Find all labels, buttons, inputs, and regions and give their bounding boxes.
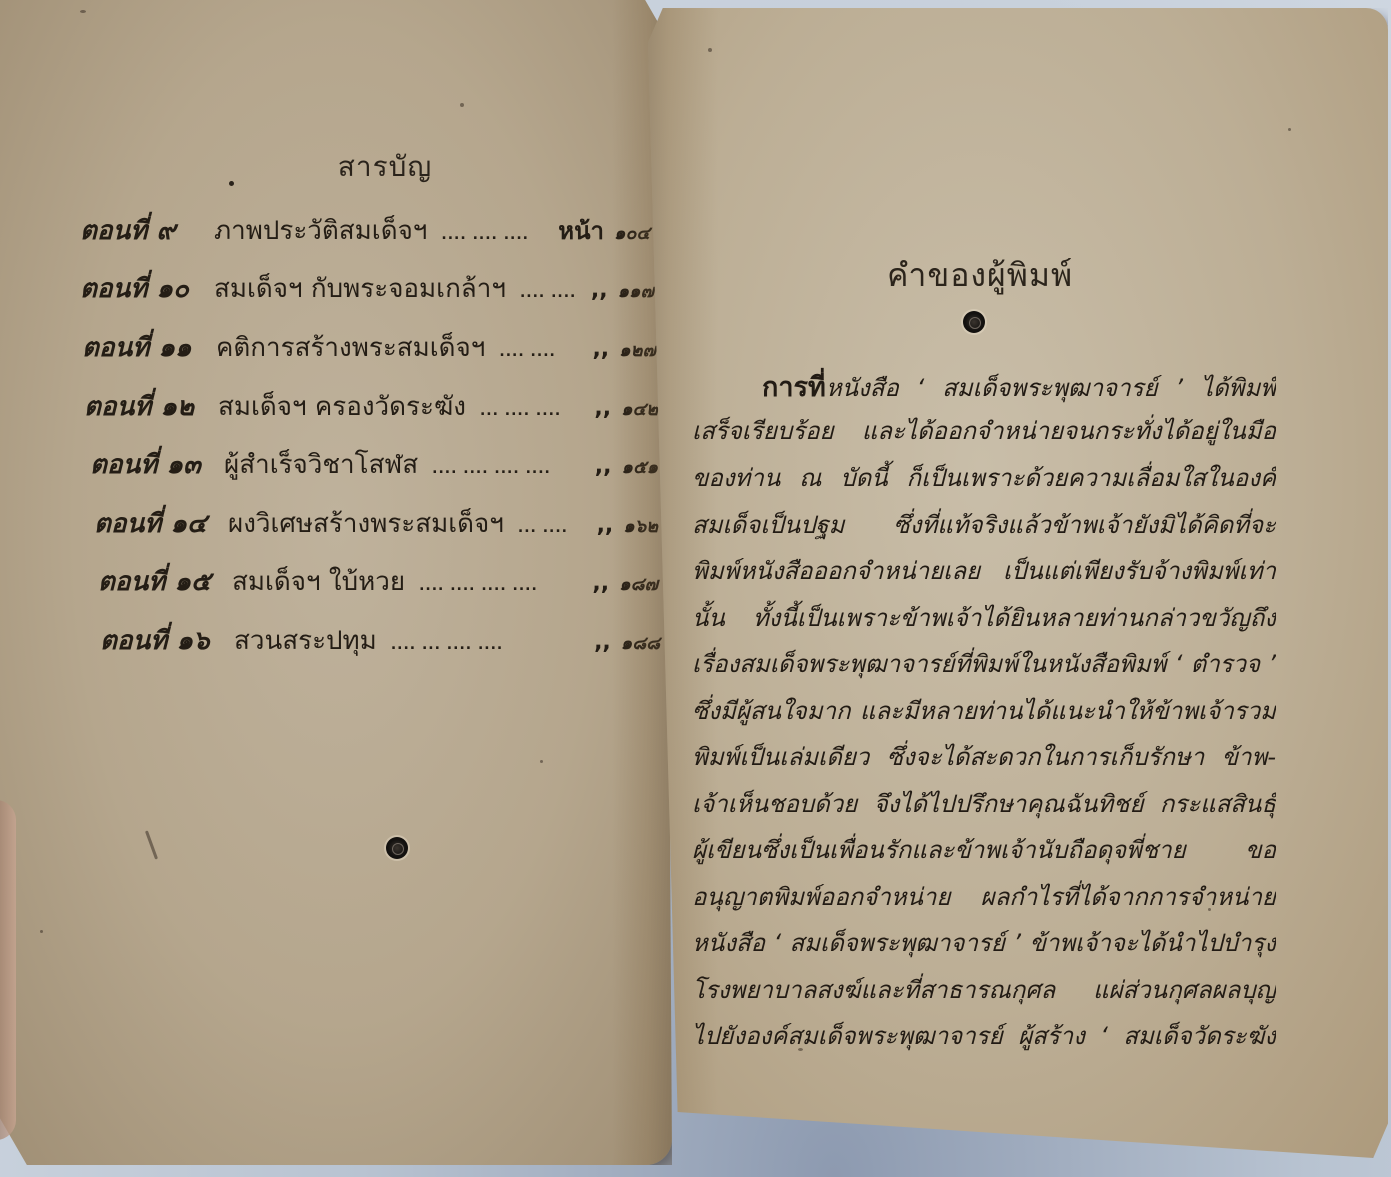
paragraph-line: หนังสือ ‘ สมเด็จพระพุฒาจารย์ ’ ข้าพเจ้าจ…: [692, 923, 1276, 962]
ditto-mark: ,,: [597, 513, 614, 538]
dot-leader: .... ....: [520, 285, 591, 301]
ditto-mark: ,,: [592, 571, 609, 596]
chapter-title: ผงวิเศษสร้างพระสมเด็จฯ: [228, 503, 504, 544]
toc-entry: ตอนที่ ๑๔ ผงวิเศษสร้างพระสมเด็จฯ ... ...…: [94, 503, 658, 544]
dot-leader: ... ....: [518, 520, 597, 536]
dot-leader: .... .... ....: [441, 227, 558, 243]
page-number: ๑๘๘: [621, 628, 660, 657]
ornament-icon: [963, 311, 985, 333]
toc-entry: ตอนที่ ๑๖ สวนสระปทุม .... ... .... .... …: [100, 620, 660, 661]
paragraph-line: ไปยังองค์สมเด็จพระพุฒาจารย์ ผู้สร้าง ‘ ส…: [692, 1016, 1276, 1055]
toc-entry: ตอนที่ ๑๐ สมเด็จฯ กับพระจอมเกล้าฯ .... .…: [80, 268, 654, 309]
chapter-title: สมเด็จฯ ใบ้หวย: [232, 561, 405, 602]
episode-label: ตอนที่ ๑๖: [100, 620, 234, 661]
toc-entry: ตอนที่ ๙ ภาพประวัติสมเด็จฯ .... .... ...…: [80, 210, 650, 251]
page-number: ๑๔๒: [621, 394, 658, 423]
page-number: ๑๘๗: [619, 569, 658, 598]
chapter-title: สมเด็จฯ กับพระจอมเกล้าฯ: [214, 268, 506, 309]
toc-entry: ตอนที่ ๑๕ สมเด็จฯ ใบ้หวย .... .... .... …: [98, 561, 658, 602]
paragraph-line: เรื่องสมเด็จพระพุฒาจารย์ที่พิมพ์ในหนังสื…: [692, 644, 1276, 683]
ditto-mark: ,,: [591, 278, 608, 303]
dot-leader: .... .... .... ....: [419, 578, 592, 594]
episode-label: ตอนที่ ๑๓: [90, 444, 224, 485]
paragraph-line: โรงพยาบาลสงฆ์และที่สาธารณกุศล แผ่ส่วนกุศ…: [692, 970, 1276, 1009]
paragraph-lead-word: การที่: [762, 372, 826, 403]
toc-entry: ตอนที่ ๑๓ ผู้สำเร็จวิชาโสฬส .... .... ..…: [90, 444, 658, 485]
thumb-holding-book: [0, 800, 16, 1140]
paragraph-line: พิมพ์เป็นเล่มเดียว ซึ่งจะได้สะดวกในการเก…: [692, 737, 1276, 776]
toc-entry: ตอนที่ ๑๒ สมเด็จฯ ครองวัดระฆัง ... .... …: [84, 386, 658, 427]
chapter-title: ผู้สำเร็จวิชาโสฬส: [224, 444, 418, 485]
paragraph-line: การที่หนังสือ ‘ สมเด็จพระพุฒาจารย์ ’ ได้…: [762, 365, 1276, 408]
paragraph-line: อนุญาตพิมพ์ออกจำหน่าย ผลกำไรที่ได้จากการ…: [692, 877, 1276, 916]
dot-leader: .... .... .... ....: [432, 461, 595, 477]
paragraph-line: ผู้เขียนซึ่งเป็นเพื่อนรักและข้าพเจ้านับถ…: [692, 830, 1276, 869]
page-number: ๑๐๔: [614, 218, 650, 247]
episode-label: ตอนที่ ๑๕: [98, 561, 232, 602]
ditto-mark: ,,: [592, 337, 609, 362]
chapter-title: สวนสระปทุม: [234, 620, 377, 661]
ditto-mark: ,,: [594, 630, 611, 655]
paragraph-line: นั้น ทั้งนี้เป็นเพราะข้าพเจ้าได้ยินหลายท…: [692, 598, 1276, 637]
decorative-dot: [229, 181, 234, 186]
ornament-icon: [386, 837, 408, 859]
chapter-title: ภาพประวัติสมเด็จฯ: [214, 210, 427, 251]
page-number: ๑๑๗: [618, 276, 654, 305]
episode-label: ตอนที่ ๑๑: [82, 327, 216, 368]
chapter-title: คติการสร้างพระสมเด็จฯ: [216, 327, 485, 368]
paragraph-line: สมเด็จเป็นปฐม ซึ่งที่แท้จริงแล้วข้าพเจ้า…: [692, 505, 1276, 544]
paragraph-line: ของท่าน ณ บัดนี้ ก็เป็นเพราะด้วยความเลื่…: [692, 458, 1276, 497]
page-number: ๑๕๑: [622, 452, 658, 481]
episode-label: ตอนที่ ๙: [80, 210, 214, 251]
paragraph-line: เจ้าเห็นชอบด้วย จึงได้ไปปรึกษาคุณฉันทิชย…: [692, 784, 1276, 823]
episode-label: ตอนที่ ๑๔: [94, 503, 228, 544]
dot-leader: .... ... .... ....: [391, 637, 594, 653]
page-number: ๑๒๗: [619, 335, 656, 364]
chapter-title: สมเด็จฯ ครองวัดระฆัง: [218, 386, 466, 427]
toc-title: สารบัญ: [300, 145, 470, 189]
ditto-mark: ,,: [594, 396, 611, 421]
episode-label: ตอนที่ ๑๒: [84, 386, 218, 427]
foreword-title: คำของผู้พิมพ์: [880, 250, 1080, 301]
page-label: หน้า: [558, 211, 604, 250]
paragraph-text: หนังสือ ‘ สมเด็จพระพุฒาจารย์ ’ ได้พิมพ์: [826, 374, 1276, 402]
dot-leader: ... .... ....: [480, 403, 594, 419]
ditto-mark: ,,: [595, 454, 612, 479]
paragraph-line: พิมพ์หนังสือออกจำหน่ายเลย เป็นแต่เพียงรั…: [692, 551, 1276, 590]
paragraph-line: เสร็จเรียบร้อย และได้ออกจำหน่ายจนกระทั่ง…: [692, 411, 1276, 450]
left-page-table-of-contents: สารบัญ ตอนที่ ๙ ภาพประวัติสมเด็จฯ .... .…: [0, 0, 672, 1165]
episode-label: ตอนที่ ๑๐: [80, 268, 214, 309]
page-number: ๑๖๒: [623, 511, 658, 540]
dot-leader: .... ....: [499, 344, 592, 360]
toc-entry: ตอนที่ ๑๑ คติการสร้างพระสมเด็จฯ .... ...…: [82, 327, 656, 368]
paragraph-line: ซึ่งมีผู้สนใจมาก และมีหลายท่านได้แนะนำให…: [692, 691, 1276, 730]
